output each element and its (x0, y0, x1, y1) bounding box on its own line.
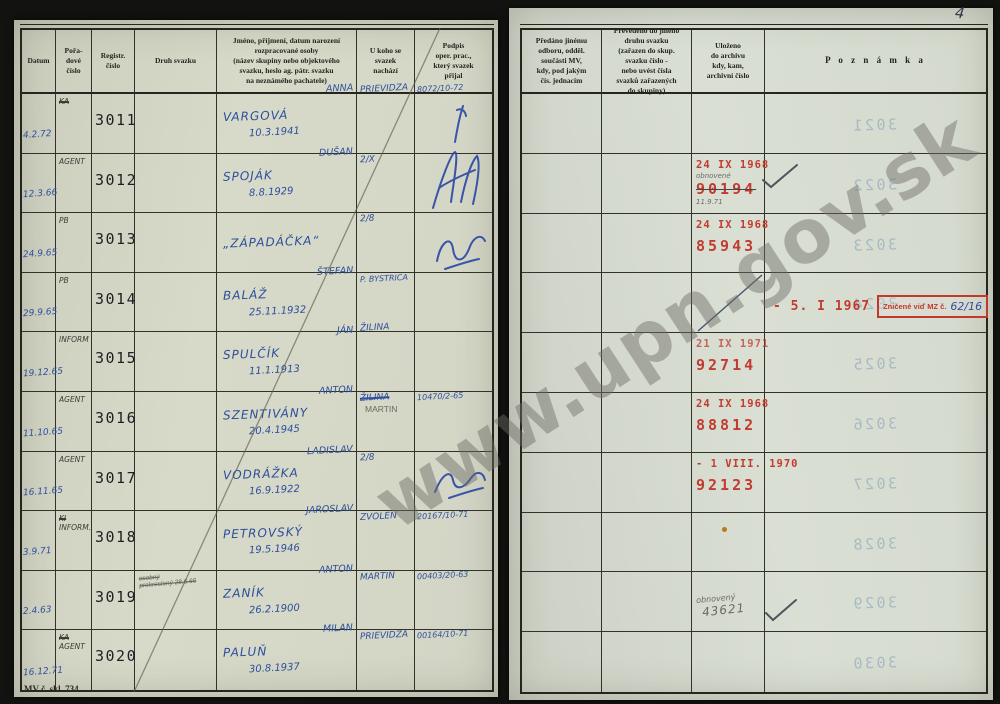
category-label: KI (59, 514, 66, 523)
archive-number: 88812 (696, 416, 764, 434)
surname: VARGOVÁ (223, 108, 289, 124)
header-poznamka: P o z n á m k a (765, 30, 986, 94)
pencil-date: 11.9.71 (696, 198, 764, 206)
table-row: 24.9.65 (22, 213, 56, 273)
table-row: 12.3.66 (22, 154, 56, 214)
archive-date-stamp: 24 IX 1968 (696, 219, 764, 231)
location: 2/8 (360, 214, 375, 225)
surname: SZENTIVÁNY (223, 406, 309, 423)
surname: BALÁŽ (223, 287, 268, 303)
birth-date: 16.9.1922 (249, 483, 300, 497)
location: 2/X (360, 154, 375, 165)
left-table: Datum Pořa- dové číslo Registr. číslo Dr… (20, 28, 494, 692)
registration-number: 3016 (95, 409, 137, 427)
bleed-through-number: 3022 (851, 175, 898, 195)
file-type-note: osobný prekreslený 28.6.66 (138, 570, 196, 589)
surname: SPULČÍK (223, 346, 281, 362)
pencil-note: obnovené (696, 172, 764, 180)
table-row: 3.9.71 (22, 511, 56, 571)
ink-dot (722, 527, 727, 532)
file-number: 00403/20-63 (417, 569, 469, 581)
signature (421, 144, 487, 216)
registration-number: 3018 (95, 528, 137, 546)
category-label: PB (59, 276, 69, 285)
registration-number: 3020 (95, 647, 137, 665)
birth-date: 26.2.1900 (249, 602, 300, 616)
entry-date: 4.2.72 (23, 129, 52, 141)
birth-date: 20.4.1945 (249, 424, 300, 438)
registration-number: 3019 (95, 588, 137, 606)
checkmark (759, 162, 801, 192)
table-row: 16.11.65 (22, 452, 56, 512)
stamp-box-value: 62/16 (950, 300, 982, 313)
surname: VODRÁŽKA (223, 465, 299, 482)
registration-number: 3013 (95, 230, 137, 248)
bleed-through-number: 3021 (851, 115, 898, 135)
location: PRIEVIDZA (360, 83, 409, 96)
first-name: ANTON (319, 384, 354, 397)
right-table: Předáno jinému odboru, odděl. součásti M… (520, 28, 988, 694)
entry-date: 3.9.71 (23, 546, 52, 558)
category-label: AGENT (59, 157, 85, 166)
table-row: 19.12.65 (22, 332, 56, 392)
first-name: DUŠAN (319, 146, 353, 159)
bleed-through-number: 3025 (851, 354, 898, 374)
table-row (522, 333, 602, 393)
birth-date: 30.8.1937 (249, 662, 300, 676)
file-number: 10470/2-65 (417, 391, 464, 402)
destruction-note: - 5. I 1967 Zničené viď MZ č. 62/16 (773, 295, 988, 318)
form-number: MV č. skl. 734 (24, 684, 79, 694)
category-label: KA (59, 633, 69, 642)
bleed-through-number: 3029 (851, 594, 898, 614)
destruction-stamp-box: Zničené viď MZ č. 62/16 (877, 295, 988, 318)
registration-number: 3015 (95, 349, 137, 367)
ledger-right-page: Předáno jinému odboru, odděl. součásti M… (509, 8, 993, 700)
birth-date: 11.1.1913 (249, 364, 300, 378)
registration-number: 3012 (95, 171, 137, 189)
destruction-date-stamp: - 5. I 1967 (773, 299, 870, 314)
category-label: KA (59, 97, 69, 106)
archive-date-stamp: - 1 VIII. 1970 (696, 458, 764, 470)
location: MARTIN (360, 571, 396, 583)
page-number: 4 (954, 4, 965, 23)
pen-stroke (449, 104, 469, 144)
table-row: 29.9.65 (22, 273, 56, 333)
header-poradove-cislo: Pořa- dové číslo (56, 30, 92, 94)
header-ulozeno: Uloženo do archivu kdy, kam, archivní čí… (692, 30, 765, 94)
location: P. BYSTRICA (360, 273, 408, 284)
location: PRIEVIDZA (360, 630, 409, 643)
registration-number: 3011 (95, 111, 137, 129)
table-row (522, 393, 602, 453)
registration-number: 3014 (95, 290, 137, 308)
table-row: 16.12.71 (22, 630, 56, 690)
first-name: JÁN (336, 325, 353, 337)
surname: SPOJÁK (223, 168, 273, 184)
bleed-through-number: 3023 (851, 235, 898, 255)
checkmark (763, 598, 799, 624)
location: ŽILINA (360, 323, 390, 335)
table-row (522, 572, 602, 632)
location-correction: MARTIN (365, 404, 397, 414)
registration-number: 3017 (95, 469, 137, 487)
entry-date: 29.9.65 (23, 307, 58, 319)
location: ZVOLEN (360, 511, 397, 523)
bleed-through-number: 3027 (851, 474, 898, 494)
archive-number: 90194 (696, 180, 764, 198)
bleed-through-number: 3028 (851, 534, 898, 554)
header-prevedeno: Převedeno do jiného druhu svazku (zařaze… (602, 30, 692, 94)
category-label-2: AGENT (59, 642, 85, 651)
header-druh-svazku: Druh svazku (135, 30, 217, 94)
surname: PALUŇ (223, 645, 268, 661)
table-row (522, 273, 602, 333)
archive-date-stamp: 24 IX 1968 (696, 159, 764, 171)
table-row (522, 453, 602, 513)
file-number: 00164/10-71 (417, 629, 469, 641)
location: 2/8 (360, 452, 375, 463)
first-name: LADISLAV (307, 443, 353, 456)
archive-number: 92123 (696, 476, 764, 494)
signature (427, 458, 487, 514)
bleed-through-number: 3026 (851, 414, 898, 434)
table-row: 4.2.72 (22, 94, 56, 154)
table-row: 11.10.65 (22, 392, 56, 452)
header-datum: Datum (22, 30, 56, 94)
ledger-left-page: Datum Pořa- dové číslo Registr. číslo Dr… (14, 20, 498, 697)
first-name: MILAN (323, 623, 353, 636)
stamp-box-label: Zničené viď MZ č. (883, 302, 946, 311)
category-label: PB (59, 216, 69, 225)
birth-date: 25.11.1932 (249, 304, 307, 318)
first-name: ANNA (326, 82, 354, 94)
entry-date: 24.9.65 (23, 248, 58, 260)
table-row (522, 214, 602, 274)
category-label: INFORM (59, 335, 89, 344)
surname: PETROVSKÝ (223, 525, 303, 542)
entry-date: 12.3.66 (23, 188, 58, 200)
category-label: AGENT (59, 395, 85, 404)
category-label-2: INFORM. (59, 523, 91, 532)
archive-date-stamp: 21 IX 1971 (696, 338, 764, 350)
table-row (522, 513, 602, 573)
birth-date: 10.3.1941 (249, 126, 300, 140)
table-row: 2.4.63 (22, 571, 56, 631)
location: ŽILINA (360, 392, 390, 404)
birth-date: 19.5.1946 (249, 543, 300, 557)
archive-number: 85943 (696, 237, 764, 255)
archive-date-stamp: 24 IX 1968 (696, 398, 764, 410)
file-number: 20167/10-71 (417, 510, 469, 522)
table-row (522, 154, 602, 214)
birth-date: 8.8.1929 (249, 185, 294, 198)
first-name: ANTON (319, 563, 354, 576)
codename: „ZÁPADÁČKA“ (223, 234, 320, 251)
header-registr-cislo: Registr. číslo (92, 30, 135, 94)
entry-date: 2.4.63 (23, 605, 52, 617)
first-name: ŠTEFAN (316, 265, 353, 278)
table-row (522, 94, 602, 154)
first-name: JAROSLAV (306, 503, 354, 516)
bleed-through-number: 3030 (851, 653, 898, 673)
header-predano: Předáno jinému odboru, odděl. součásti M… (522, 30, 602, 94)
category-label: AGENT (59, 455, 85, 464)
table-row (522, 632, 602, 692)
surname: ZANÍK (223, 585, 265, 600)
archive-number: 92714 (696, 356, 764, 374)
